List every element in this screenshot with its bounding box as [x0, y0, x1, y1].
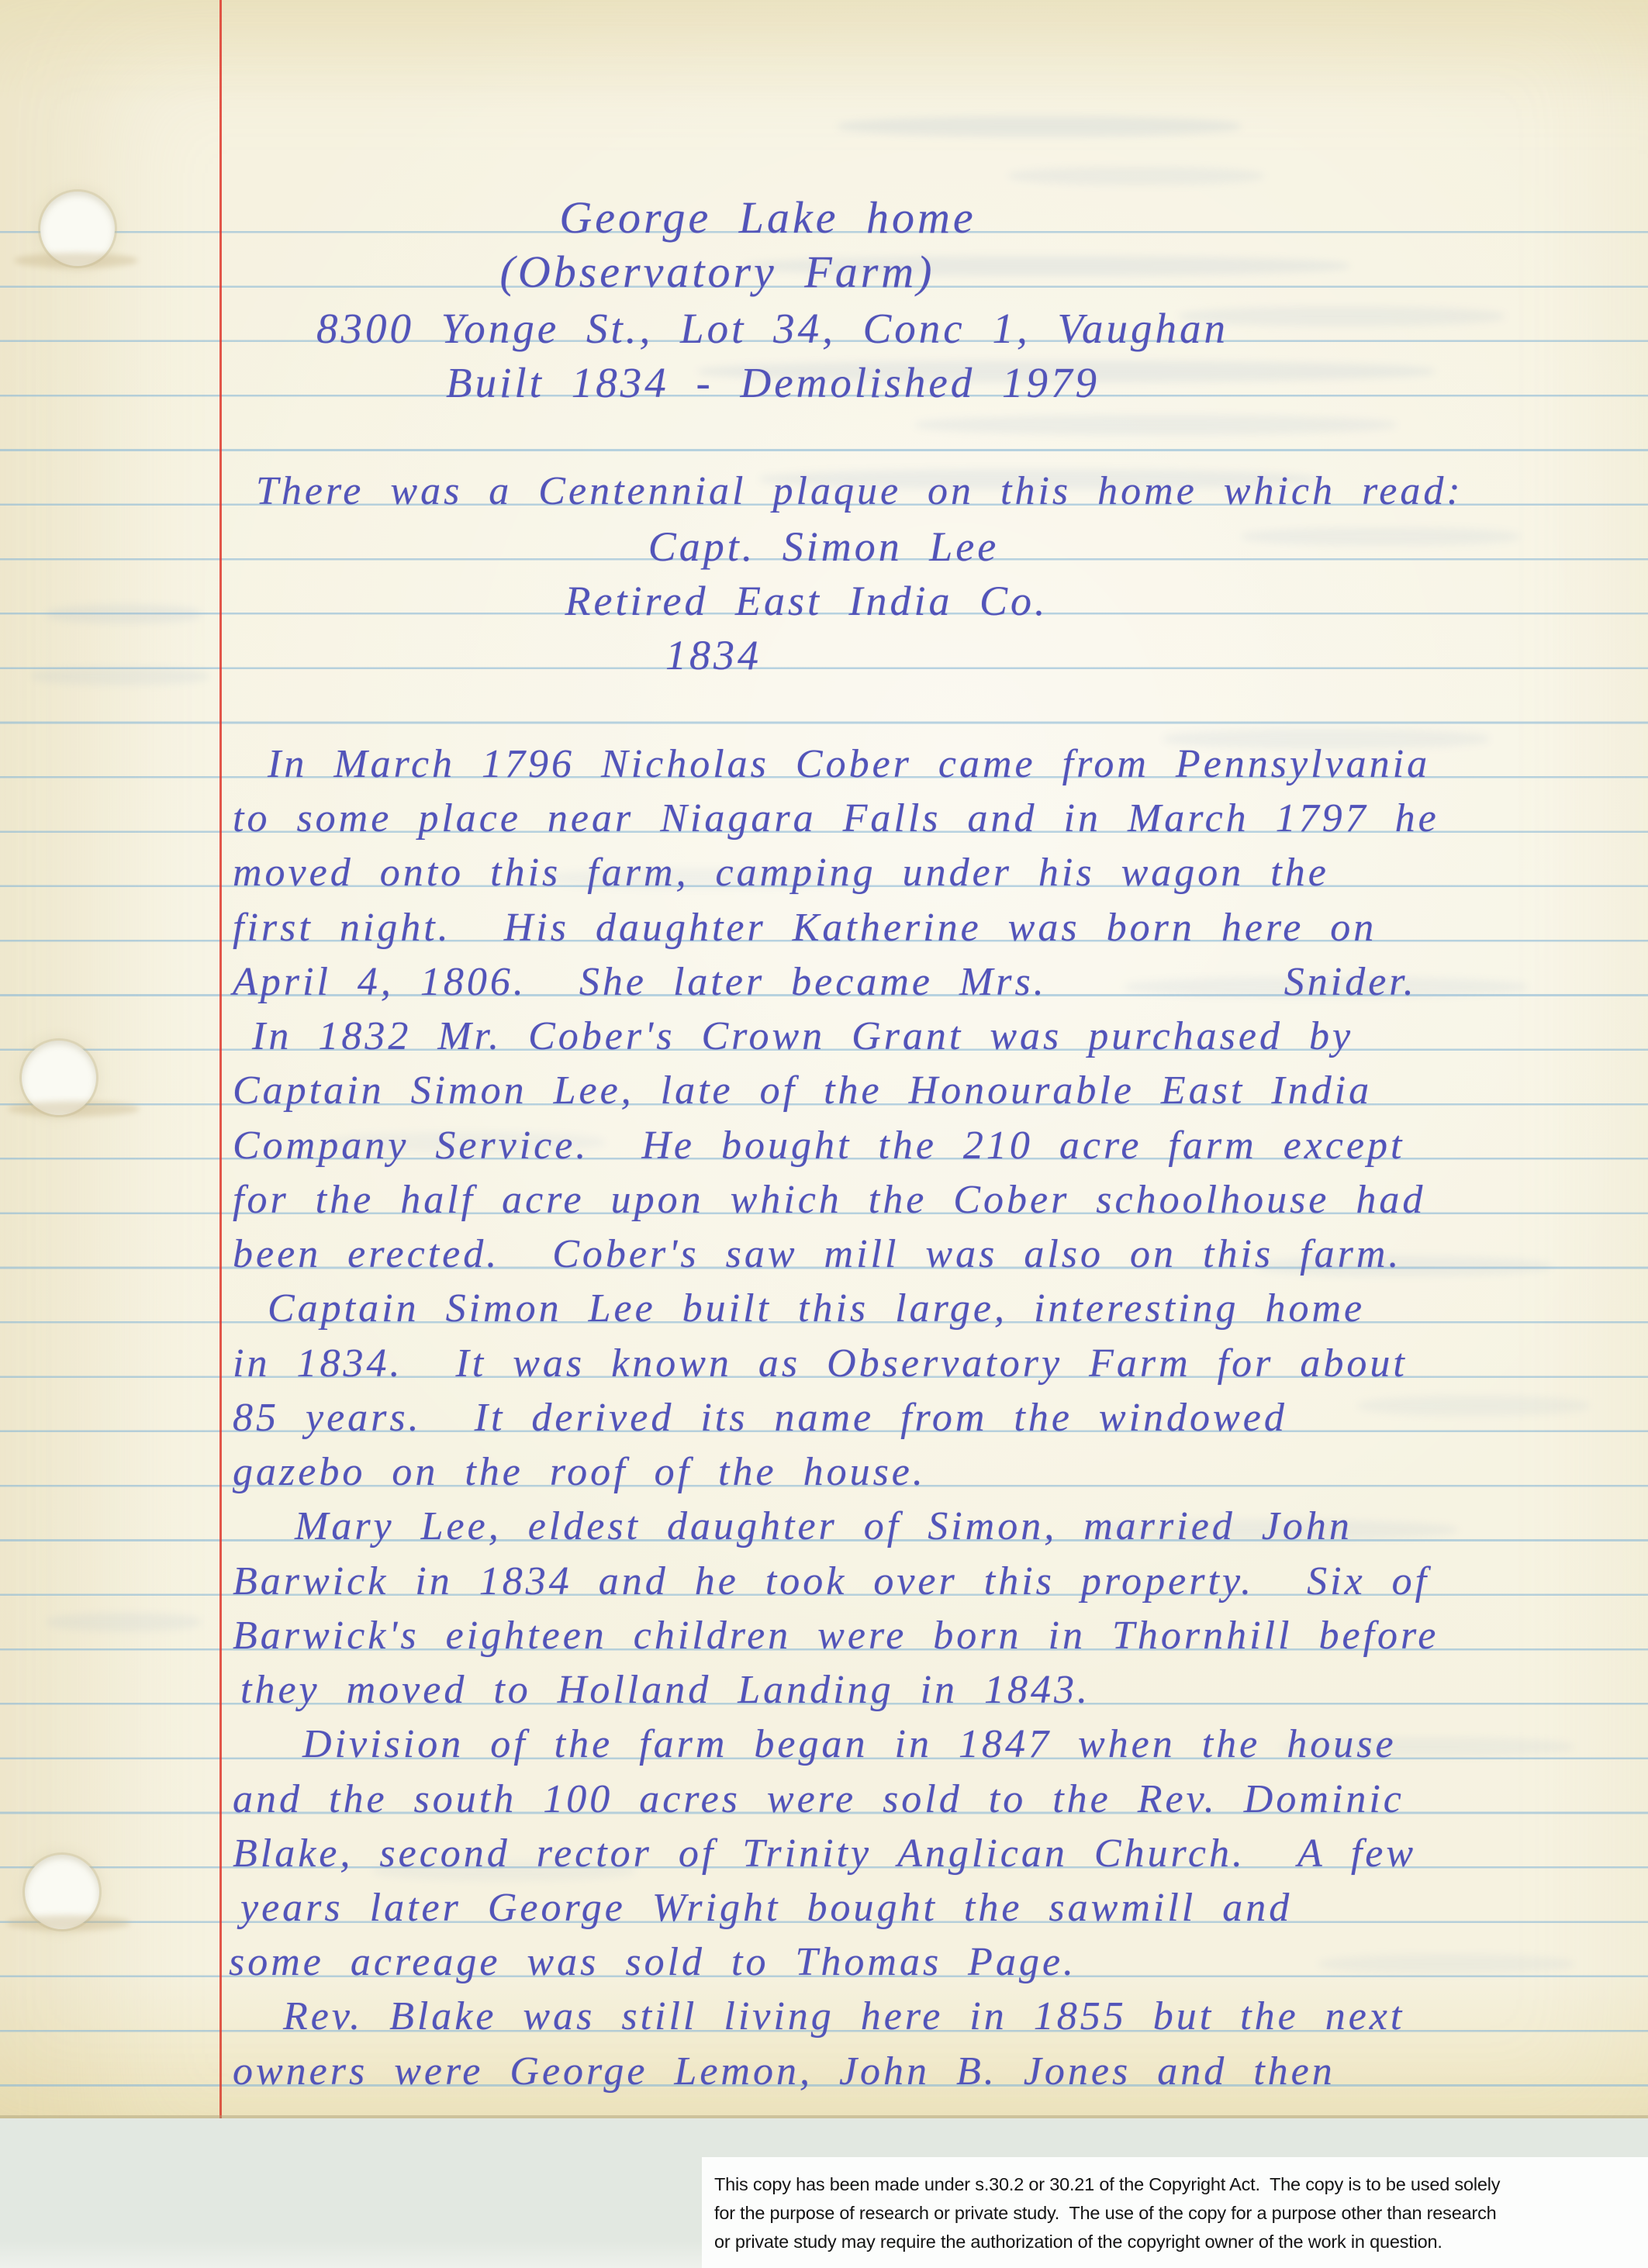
copyright-notice: This copy has been made under s.30.2 or … — [702, 2157, 1648, 2268]
handwritten-line: Built 1834 - Demolished 1979 — [446, 361, 1100, 404]
handwritten-line: they moved to Holland Landing in 1843. — [240, 1670, 1090, 1710]
copyright-line: This copy has been made under s.30.2 or … — [714, 2170, 1637, 2199]
handwritten-line: and the south 100 acres were sold to the… — [233, 1780, 1404, 1820]
hole-punch — [40, 192, 115, 266]
handwritten-line: Captain Simon Lee built this large, inte… — [268, 1289, 1365, 1329]
copyright-line: or private study may require the authori… — [714, 2228, 1637, 2256]
handwritten-line: (Observatory Farm) — [500, 250, 935, 295]
handwritten-line: moved onto this farm, camping under his … — [233, 853, 1329, 893]
handwritten-line: to some place near Niagara Falls and in … — [233, 799, 1439, 839]
handwritten-line: Mary Lee, eldest daughter of Simon, marr… — [295, 1507, 1353, 1547]
handwritten-line: Blake, second rector of Trinity Anglican… — [233, 1834, 1416, 1874]
bleed-through-smudge — [838, 116, 1241, 136]
hole-punch — [22, 1041, 96, 1115]
handwritten-line: In 1832 Mr. Cober's Crown Grant was purc… — [252, 1017, 1353, 1057]
scanned-document-page: { "document": { "heading": [ "George Lak… — [0, 0, 1648, 2268]
handwritten-line: Retired East India Co. — [565, 580, 1049, 622]
handwritten-line: Company Service. He bought the 210 acre … — [233, 1126, 1404, 1166]
hole-punch — [25, 1855, 99, 1929]
handwritten-line: 8300 Yonge St., Lot 34, Conc 1, Vaughan — [316, 307, 1228, 350]
handwritten-line: George Lake home — [559, 195, 976, 240]
handwritten-line: There was a Centennial plaque on this ho… — [256, 471, 1463, 512]
handwritten-line: been erected. Cober's saw mill was also … — [233, 1234, 1401, 1275]
handwritten-line: in 1834. It was known as Observatory Far… — [233, 1344, 1408, 1384]
handwritten-line: some acreage was sold to Thomas Page. — [229, 1942, 1076, 1983]
handwritten-line: Barwick in 1834 and he took over this pr… — [233, 1562, 1429, 1602]
handwritten-line: April 4, 1806. She later became Mrs. Sni… — [233, 962, 1417, 1003]
handwritten-line: 1834 — [665, 634, 762, 676]
handwritten-line: first night. His daughter Katherine was … — [233, 908, 1377, 948]
handwritten-line: Barwick's eighteen children were born in… — [233, 1616, 1439, 1656]
handwritten-line: for the half acre upon which the Cober s… — [233, 1180, 1425, 1220]
notebook-paper: George Lake home(Observatory Farm)8300 Y… — [0, 0, 1648, 2118]
handwritten-line: Rev. Blake was still living here in 1855… — [283, 1997, 1404, 2037]
copyright-line: for the purpose of research or private s… — [714, 2199, 1637, 2228]
handwritten-line: years later George Wright bought the saw… — [240, 1888, 1292, 1928]
handwritten-line: Captain Simon Lee, late of the Honourabl… — [233, 1071, 1372, 1111]
handwritten-line: Capt. Simon Lee — [648, 526, 1000, 568]
red-margin-line — [219, 0, 222, 2118]
handwritten-line: 85 years. It derived its name from the w… — [233, 1398, 1287, 1438]
handwritten-line: gazebo on the roof of the house. — [233, 1452, 926, 1493]
bleed-through-smudge — [1008, 167, 1264, 185]
handwritten-line: In March 1796 Nicholas Cober came from P… — [268, 744, 1430, 785]
handwritten-line: Division of the farm began in 1847 when … — [302, 1724, 1397, 1765]
handwritten-line: owners were George Lemon, John B. Jones … — [233, 2052, 1335, 2092]
